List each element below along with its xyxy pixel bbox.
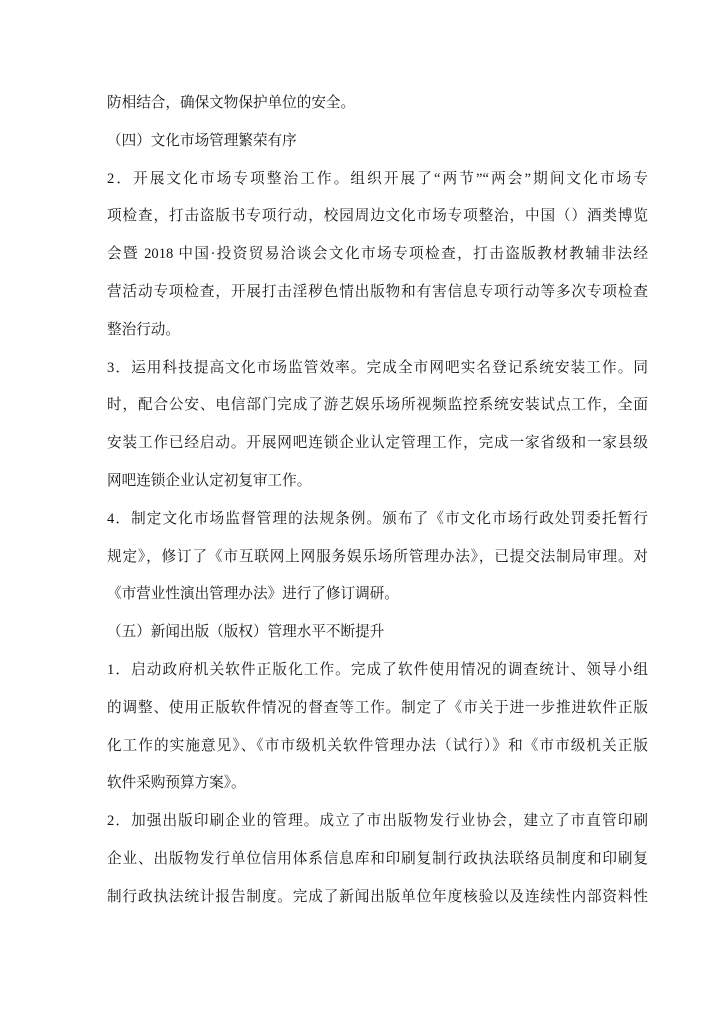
section-heading: （五）新闻出版（版权）管理水平不断提升 — [107, 614, 648, 652]
paragraph-line: 2．加强出版印刷企业的管理。成立了市出版物发行业协会，建立了市直管印刷 — [107, 803, 648, 841]
text-block: 防相结合，确保文物保护单位的安全。 （四）文化市场管理繁荣有序 2．开展文化市场… — [107, 85, 648, 917]
paragraph-line: 2．开展文化市场专项整治工作。组织开展了“两节”“两会”期间文化市场专 — [107, 161, 648, 199]
paragraph-line: 规定》，修订了《市互联网上网服务娱乐场所管理办法》，已提交法制局审理。对 — [107, 539, 648, 577]
section-heading: （四）文化市场管理繁荣有序 — [107, 123, 648, 161]
paragraph-line: 安装工作已经启动。开展网吧连锁企业认定管理工作，完成一家省级和一家县级 — [107, 425, 648, 463]
paragraph-line: 企业、出版物发行单位信用体系信息库和印刷复制行政执法联络员制度和印刷复 — [107, 841, 648, 879]
paragraph-line: 整治行动。 — [107, 312, 648, 350]
paragraph-line: 会暨 2018 中国·投资贸易洽谈会文化市场专项检查，打击盗版教材教辅非法经 — [107, 236, 648, 274]
paragraph-line: 4．制定文化市场监督管理的法规条例。颁布了《市文化市场行政处罚委托暂行 — [107, 501, 648, 539]
paragraph-line: 制行政执法统计报告制度。完成了新闻出版单位年度核验以及连续性内部资料性 — [107, 879, 648, 917]
paragraph-line: 营活动专项检查，开展打击淫秽色情出版物和有害信息专项行动等多次专项检查 — [107, 274, 648, 312]
paragraph-line: 防相结合，确保文物保护单位的安全。 — [107, 85, 648, 123]
paragraph-line: 1．启动政府机关软件正版化工作。完成了软件使用情况的调查统计、领导小组 — [107, 652, 648, 690]
paragraph-line: 项检查，打击盗版书专项行动，校园周边文化市场专项整治，中国（）酒类博览 — [107, 198, 648, 236]
paragraph-line: 3．运用科技提高文化市场监管效率。完成全市网吧实名登记系统安装工作。同 — [107, 350, 648, 388]
document-page: 防相结合，确保文物保护单位的安全。 （四）文化市场管理繁荣有序 2．开展文化市场… — [0, 0, 721, 1020]
paragraph-line: 化工作的实施意见》、《市市级机关软件管理办法（试行）》和《市市级机关正版 — [107, 728, 648, 766]
paragraph-line: 软件采购预算方案》。 — [107, 765, 648, 803]
paragraph-line: 《市营业性演出管理办法》进行了修订调研。 — [107, 576, 648, 614]
paragraph-line: 时，配合公安、电信部门完成了游艺娱乐场所视频监控系统安装试点工作，全面 — [107, 387, 648, 425]
paragraph-line: 的调整、使用正版软件情况的督查等工作。制定了《市关于进一步推进软件正版 — [107, 690, 648, 728]
paragraph-line: 网吧连锁企业认定初复审工作。 — [107, 463, 648, 501]
